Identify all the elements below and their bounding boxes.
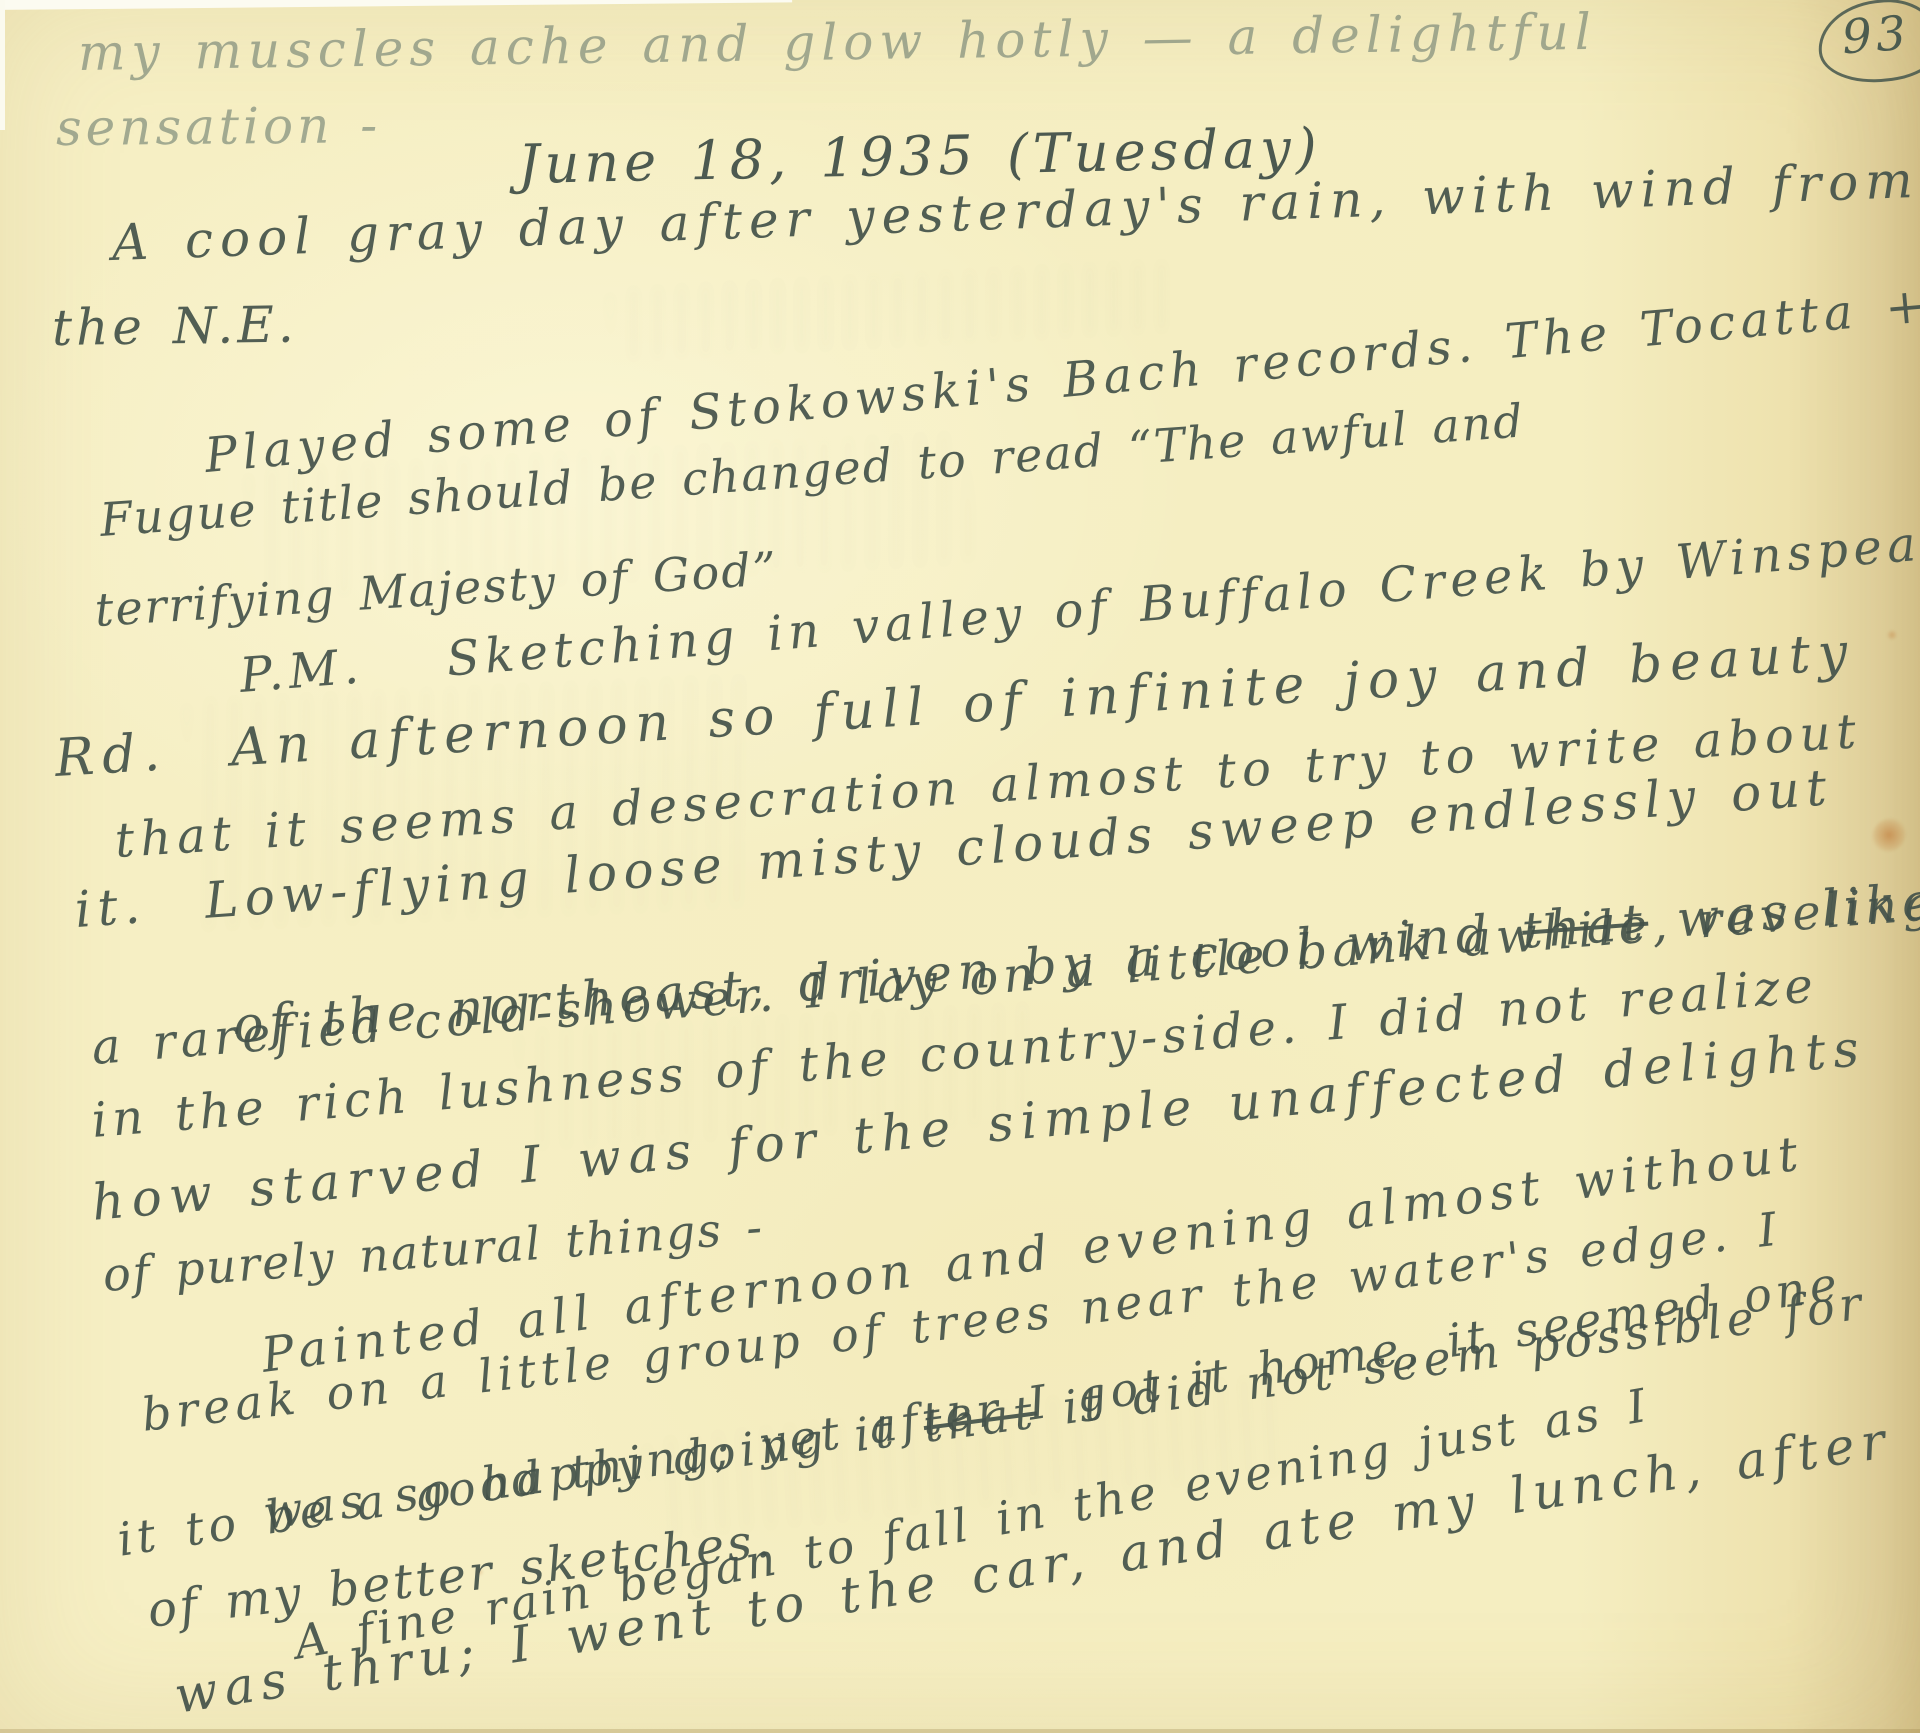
page-number: 93 [1840,6,1911,66]
continuation-line-2: sensation - [56,97,382,156]
foxing-spot [1886,630,1898,640]
bleed-through-artifact [608,261,1171,360]
scan-edge-top [0,0,792,10]
scan-edge-left [0,0,5,130]
journal-page: 93 my muscles ache and glow hotly — a de… [0,0,1920,1733]
scan-edge-bottom [0,1729,1920,1733]
entry-line-2: the N.E. [52,297,298,356]
continuation-line-1: my muscles ache and glow hotly — a delig… [78,4,1598,81]
